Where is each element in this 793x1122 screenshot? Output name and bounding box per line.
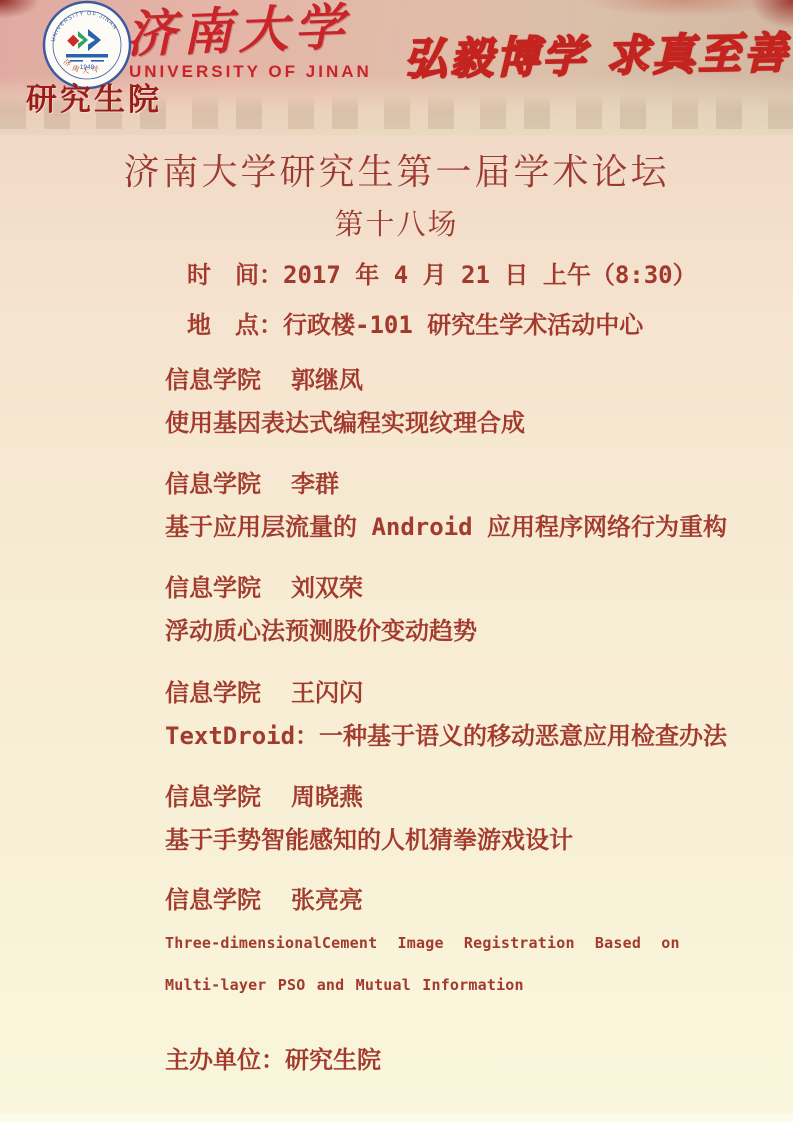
topic-line: TextDroid：一种基于语义的移动恶意应用检查办法 bbox=[165, 715, 753, 757]
bottom-edge-fade bbox=[0, 1113, 793, 1122]
topic-line: 基于应用层流量的 Android 应用程序网络行为重构 bbox=[165, 506, 753, 548]
college-label: 信息学院 bbox=[165, 575, 261, 602]
presentation-entry: 信息学院郭继凤 使用基因表达式编程实现纹理合成 bbox=[165, 360, 753, 444]
presentation-entry: 信息学院刘双荣 浮动质心法预测股价变动趋势 bbox=[165, 568, 753, 652]
university-name-english: UNIVERSITY OF JINAN bbox=[129, 62, 372, 82]
college-label: 信息学院 bbox=[165, 680, 261, 707]
presenter-name: 李群 bbox=[291, 471, 339, 498]
logo-water-bar bbox=[66, 54, 108, 58]
time-line: 时 间：2017 年 4 月 21 日 上午（8:30） bbox=[187, 260, 697, 290]
presenter-name: 郭继凤 bbox=[291, 367, 363, 394]
header-banner: UNIVERSITY OF JINAN 济南大学 1948 济南大学 UNIVE… bbox=[0, 0, 793, 135]
presenter-line: 信息学院王闪闪 bbox=[165, 673, 753, 715]
graduate-school-label: 研究生院 bbox=[26, 74, 162, 119]
logo-water-line-right bbox=[91, 60, 104, 62]
college-label: 信息学院 bbox=[165, 784, 261, 811]
forum-poster-page: UNIVERSITY OF JINAN 济南大学 1948 济南大学 UNIVE… bbox=[0, 0, 793, 1122]
topic-line: 使用基因表达式编程实现纹理合成 bbox=[165, 402, 753, 444]
logo-water-line-left bbox=[70, 60, 83, 62]
presenter-name: 张亮亮 bbox=[291, 887, 363, 914]
presentation-entry: 信息学院王闪闪 TextDroid：一种基于语义的移动恶意应用检查办法 bbox=[165, 673, 753, 757]
presenter-name: 王闪闪 bbox=[291, 680, 363, 707]
location-line: 地 点：行政楼-101 研究生学术活动中心 bbox=[187, 310, 643, 340]
college-label: 信息学院 bbox=[165, 367, 261, 394]
organizer-line: 主办单位：研究生院 bbox=[165, 1040, 381, 1082]
presenter-line: 信息学院刘双荣 bbox=[165, 568, 753, 610]
topic-line: 基于手势智能感知的人机猜拳游戏设计 bbox=[165, 819, 753, 861]
presenter-line: 信息学院张亮亮 bbox=[165, 880, 753, 922]
college-label: 信息学院 bbox=[165, 471, 261, 498]
logo-year: 1948 bbox=[80, 64, 95, 71]
presentation-entry: 信息学院张亮亮 Three-dimensionalCement Image Re… bbox=[165, 880, 753, 1006]
presenter-line: 信息学院郭继凤 bbox=[165, 360, 753, 402]
presentation-entry: 信息学院周晓燕 基于手势智能感知的人机猜拳游戏设计 bbox=[165, 777, 753, 861]
presenter-line: 信息学院李群 bbox=[165, 464, 753, 506]
college-label: 信息学院 bbox=[165, 887, 261, 914]
presenter-name: 刘双荣 bbox=[291, 575, 363, 602]
topic-line: 浮动质心法预测股价变动趋势 bbox=[165, 610, 753, 652]
topic-line-english-1: Three-dimensionalCement Image Registrati… bbox=[165, 922, 753, 964]
presenter-line: 信息学院周晓燕 bbox=[165, 777, 753, 819]
presentation-entry: 信息学院李群 基于应用层流量的 Android 应用程序网络行为重构 bbox=[165, 464, 753, 548]
topic-line-english-2: Multi-layer PSO and Mutual Information bbox=[165, 964, 753, 1006]
forum-title: 济南大学研究生第一届学术论坛 bbox=[0, 148, 793, 196]
university-motto-calligraphy: 弘毅博学 求真至善 bbox=[404, 27, 791, 88]
presenter-name: 周晓燕 bbox=[291, 784, 363, 811]
university-name-calligraphy: 济南大学 bbox=[125, 0, 351, 64]
session-number: 第十八场 bbox=[0, 204, 793, 246]
